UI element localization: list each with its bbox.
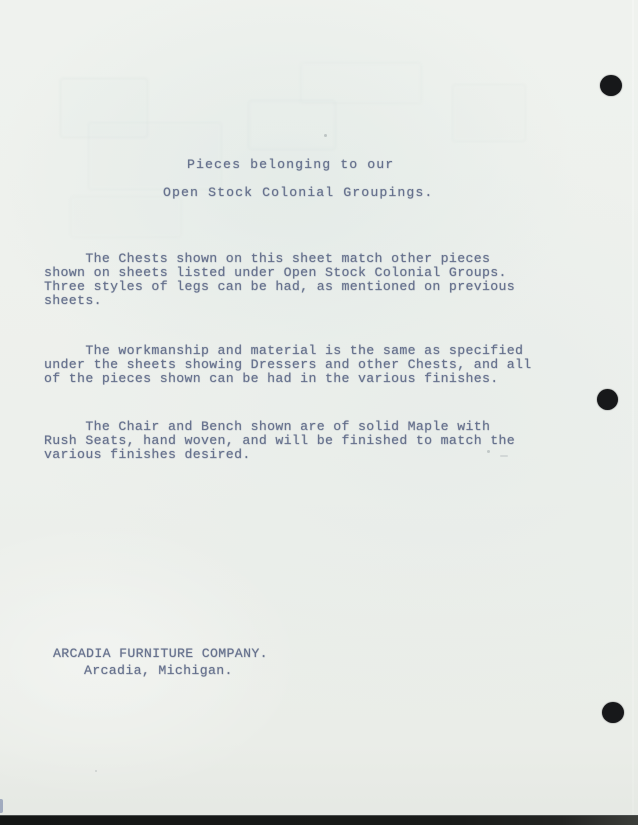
paragraph-chests: The Chests shown on this sheet match oth… [44,252,515,308]
paper-speck [324,134,327,137]
hole-punch-bottom [602,702,624,723]
page-heading-line1: Pieces belonging to our [187,158,394,172]
scan-bottom-edge [0,815,638,825]
paper-speck [95,770,97,772]
paper-speck [487,450,490,453]
paper-ghost-mark [88,122,222,190]
paper-right-edge-highlight [632,0,634,825]
hole-punch-top [600,75,622,96]
scanned-page: Pieces belonging to our Open Stock Colon… [0,0,638,825]
paper-ghost-mark [452,84,526,142]
paper-ghost-mark [70,196,182,238]
company-location: Arcadia, Michigan. [84,663,233,679]
paragraph-workmanship: The workmanship and material is the same… [44,344,532,386]
paper-speck [500,455,508,457]
paper-ghost-mark [248,100,336,150]
paper-ghost-mark [300,62,422,104]
paragraph-chair-bench: The Chair and Bench shown are of solid M… [44,420,515,462]
page-heading-line2: Open Stock Colonial Groupings. [163,186,433,200]
left-edge-blue-mark [0,799,3,813]
hole-punch-middle [597,389,618,410]
company-name: ARCADIA FURNITURE COMPANY. [53,646,268,662]
